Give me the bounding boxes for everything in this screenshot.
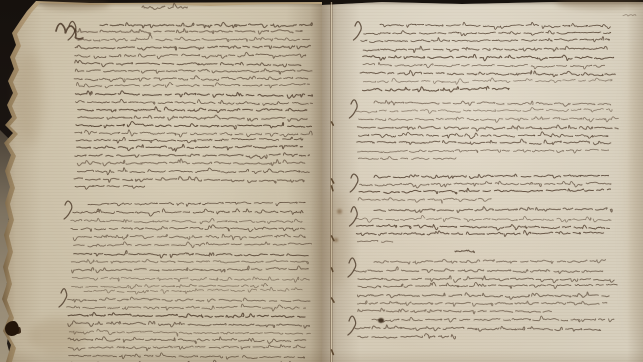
left-page	[0, 0, 322, 362]
binding-seam	[330, 2, 333, 362]
ink-blot	[5, 321, 19, 336]
manuscript-photo	[0, 0, 643, 362]
right-page	[322, 0, 643, 362]
